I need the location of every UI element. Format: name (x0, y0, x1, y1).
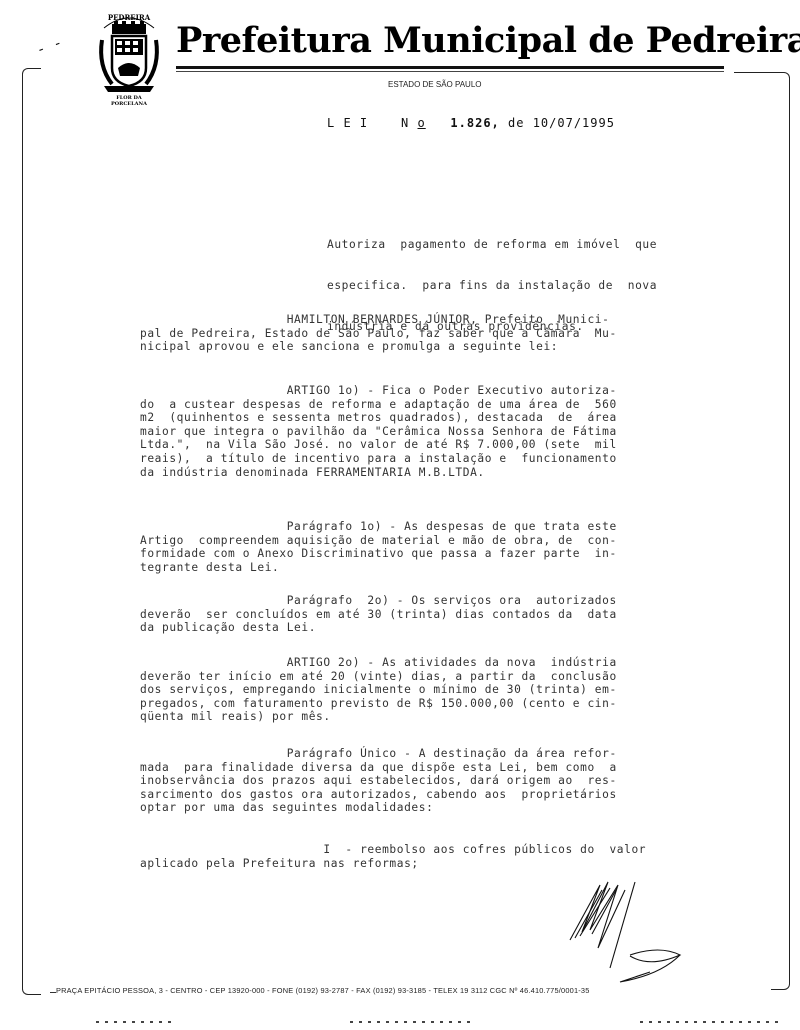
scan-noise (640, 1021, 780, 1023)
letterhead-rule (176, 66, 724, 69)
paragraph-line: ARTIGO 2o) - As atividades da nova indús… (140, 656, 617, 670)
law-number-label: N (401, 116, 409, 130)
paragraph-line: sarcimento dos gastos ora autorizados, c… (140, 788, 617, 802)
paragraph-line: pregados, com faturamento previsto de R$… (140, 697, 617, 711)
paragraph-line: Artigo compreendem aquisição de material… (140, 534, 617, 548)
paragraph-line: deverão ter início em até 20 (vinte) dia… (140, 670, 617, 684)
paragraph-line: tegrante desta Lei. (140, 561, 617, 575)
summary-line: especifica. para fins da instalação de n… (327, 279, 657, 293)
paragraph-line: mada para finalidade diversa da que disp… (140, 761, 617, 775)
frame-rule (734, 72, 774, 73)
paragraph-line: m2 (quinhentos e sessenta metros quadrad… (140, 411, 617, 425)
paragraph-line: nicipal aprovou e ele sanciona e promulg… (140, 340, 617, 354)
letterhead-title: Prefeitura Municipal de Pedreira (176, 20, 800, 61)
signature-icon (530, 860, 730, 990)
law-label: L E I (327, 116, 368, 130)
paragraph-line: Parágrafo 1o) - As despesas de que trata… (140, 520, 617, 534)
paragraph-line: formidade com o Anexo Discriminativo que… (140, 547, 617, 561)
document-page: - - PEDREIRA FLOR DA PORCELANA Prefeitur… (0, 0, 800, 1030)
law-paragraph-paragrafo-1: Parágrafo 1o) - As despesas de que trata… (140, 520, 617, 574)
law-paragraph-preamble: HAMILTON BERNARDES JÚNIOR, Prefeito Muni… (140, 313, 617, 354)
law-paragraph-paragrafo-2: Parágrafo 2o) - Os serviços ora autoriza… (140, 594, 617, 635)
law-paragraph-artigo-2: ARTIGO 2o) - As atividades da nova indús… (140, 656, 617, 724)
paragraph-line: I - reembolso aos cofres públicos do val… (140, 843, 646, 857)
paragraph-line: HAMILTON BERNARDES JÚNIOR, Prefeito Muni… (140, 313, 617, 327)
paragraph-line: deverão ser concluídos em até 30 (trinta… (140, 608, 617, 622)
paragraph-line: dos serviços, empregando inicialmente o … (140, 683, 617, 697)
law-number-sign: o (418, 116, 426, 130)
paragraph-line: qüenta mil reais) por mês. (140, 710, 617, 724)
paragraph-line: Ltda.", na Vila São José. no valor de at… (140, 438, 617, 452)
law-paragraph-artigo-1: ARTIGO 1o) - Fica o Poder Executivo auto… (140, 384, 617, 479)
svg-text:PEDREIRA: PEDREIRA (108, 13, 151, 22)
paragraph-line: da indústria denominada FERRAMENTARIA M.… (140, 466, 617, 480)
page-frame-left (22, 68, 41, 995)
paragraph-line: da publicação desta Lei. (140, 621, 617, 635)
letterhead-subtitle: ESTADO DE SÃO PAULO (388, 80, 482, 89)
paragraph-line: optar por uma das seguintes modalidades: (140, 801, 617, 815)
scan-noise (96, 1021, 176, 1023)
law-date: de 10/07/1995 (508, 116, 615, 130)
scan-noise (350, 1021, 470, 1023)
paragraph-line: maior que integra o pavilhão da "Cerâmic… (140, 425, 617, 439)
paragraph-line: reais), a título de incentivo para a ins… (140, 452, 617, 466)
paragraph-line: do a custear despesas de reforma e adapt… (140, 398, 617, 412)
summary-line: Autoriza pagamento de reforma em imóvel … (327, 238, 657, 252)
scan-marks: - - (36, 34, 66, 58)
municipal-crest-icon: PEDREIRA FLOR DA PORCELANA (94, 6, 164, 106)
paragraph-line: inobservância dos prazos aqui estabeleci… (140, 774, 617, 788)
svg-text:PORCELANA: PORCELANA (111, 101, 147, 106)
paragraph-line: ARTIGO 1o) - Fica o Poder Executivo auto… (140, 384, 617, 398)
letterhead-rule-thin (176, 71, 724, 72)
paragraph-line: Parágrafo 2o) - Os serviços ora autoriza… (140, 594, 617, 608)
footer-address: PRAÇA EPITÁCIO PESSOA, 3 - CENTRO - CEP … (56, 986, 590, 995)
law-number: 1.826, (450, 116, 499, 130)
law-paragraph-paragrafo-unico: Parágrafo Único - A destinação da área r… (140, 747, 617, 815)
paragraph-line: Parágrafo Único - A destinação da área r… (140, 747, 617, 761)
paragraph-line: pal de Pedreira, Estado de São Paulo, fa… (140, 327, 617, 341)
law-heading: L E I N o 1.826, de 10/07/1995 (327, 117, 615, 131)
page-frame-right (771, 72, 790, 990)
